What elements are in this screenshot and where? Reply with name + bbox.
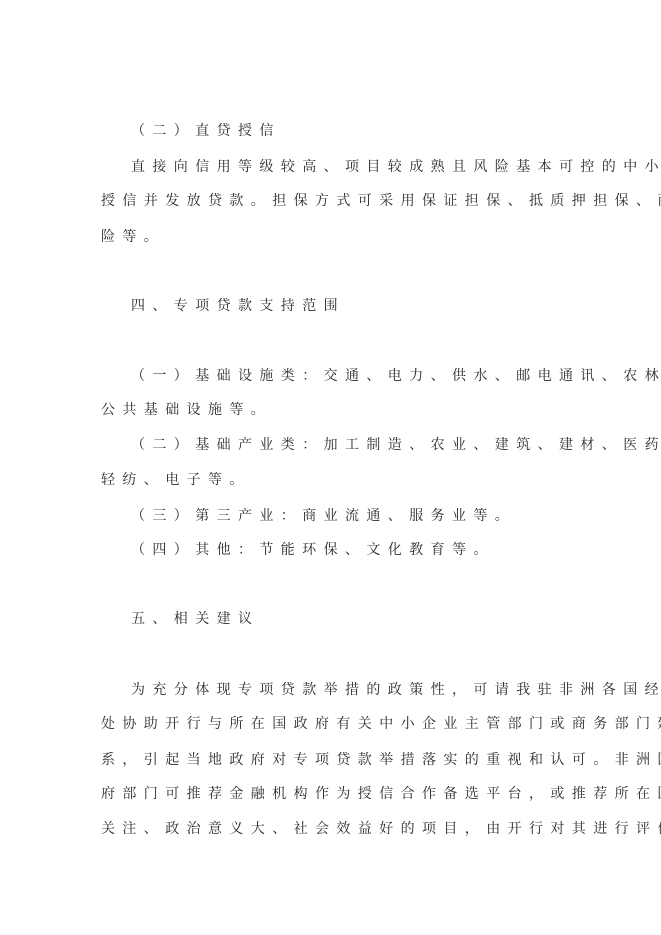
paragraph-line: 险等。 <box>101 227 553 247</box>
sub-heading-direct-credit: （二）直贷授信 <box>131 121 583 141</box>
list-item-infrastructure-cont: 公共基础设施等。 <box>101 400 553 420</box>
paragraph-line: 为充分体现专项贷款举措的政策性，可请我驻非洲各国经商参 <box>131 680 583 700</box>
paragraph-line: 系，引起当地政府对专项贷款举措落实的重视和认可。非洲国家政 <box>101 750 553 770</box>
list-item-basic-industry: （二）基础产业类：加工制造、农业、建筑、建材、医药卫生、 <box>131 435 583 455</box>
list-item-tertiary-industry: （三）第三产业：商业流通、服务业等。 <box>131 506 583 526</box>
paragraph-line: 府部门可推荐金融机构作为授信合作备选平台，或推荐所在国政府 <box>101 784 553 804</box>
paragraph-line: 关注、政治意义大、社会效益好的项目，由开行对其进行评估，根 <box>101 819 553 839</box>
paragraph-line: 处协助开行与所在国政府有关中小企业主管部门或商务部门建立联 <box>101 714 553 734</box>
paragraph-line: 授信并发放贷款。担保方式可采用保证担保、抵质押担保、商业保 <box>101 191 553 211</box>
section-heading-suggestions: 五、相关建议 <box>131 609 583 629</box>
paragraph-line: 直接向信用等级较高、项目较成熟且风险基本可控的中小企业 <box>131 157 583 177</box>
list-item-other: （四）其他：节能环保、文化教育等。 <box>131 540 583 560</box>
list-item-basic-industry-cont: 轻纺、电子等。 <box>101 470 553 490</box>
list-item-infrastructure: （一）基础设施类：交通、电力、供水、邮电通讯、农林水利、 <box>131 366 583 386</box>
section-heading-loan-scope: 四、专项贷款支持范围 <box>131 296 583 316</box>
